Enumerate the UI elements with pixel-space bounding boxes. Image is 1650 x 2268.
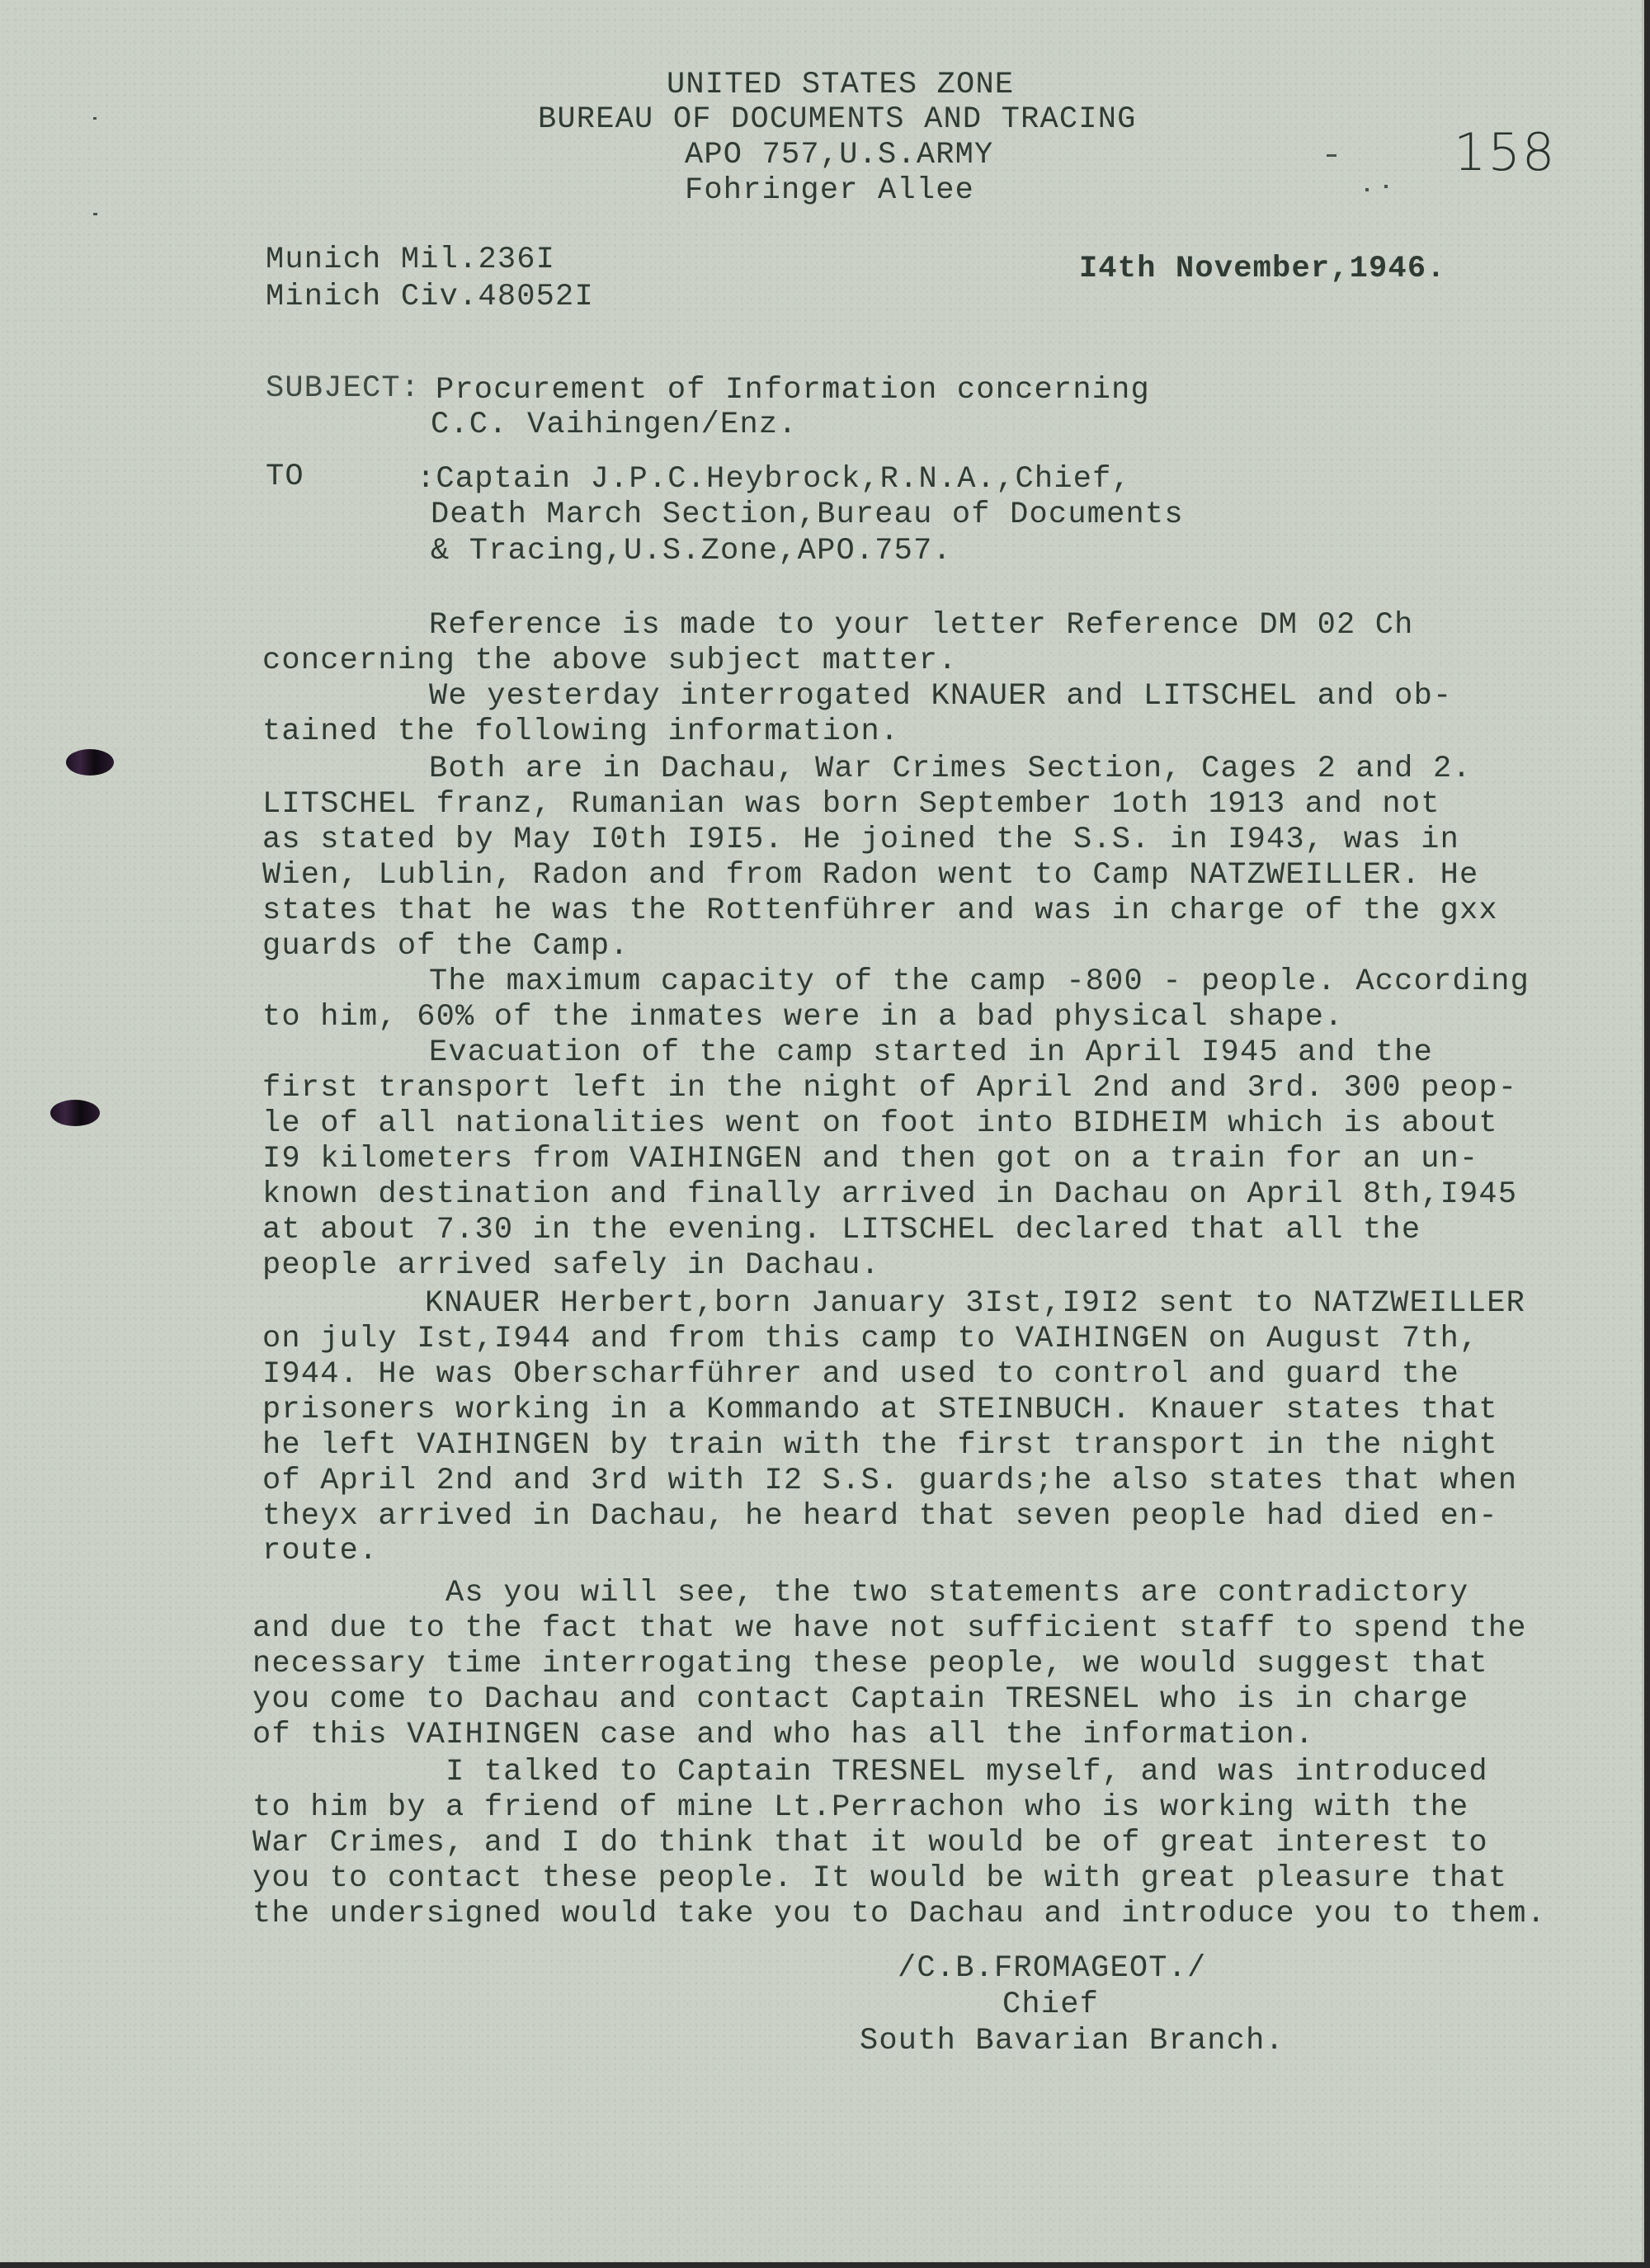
body-line: on july Ist,I944 and from this camp to V… [262,1324,1478,1355]
body-line: le of all nationalities went on foot int… [262,1109,1498,1139]
body-line: people arrived safely in Dachau. [262,1251,880,1281]
body-line: first transport left in the night of Apr… [262,1073,1517,1104]
to-line-3: & Tracing,U.S.Zone,APO.757. [431,536,952,567]
body-line: concerning the above subject matter. [262,646,958,677]
body-line: We yesterday interrogated KNAUER and LIT… [429,681,1452,712]
document-page: UNITED STATES ZONE BUREAU OF DOCUMENTS A… [0,0,1644,2262]
signatory-name: /C.B.FROMAGEOT./ [898,1954,1206,1984]
page-number: 158 [1454,122,1556,182]
body-line: tained the following information. [262,717,899,747]
body-line: I talked to Captain TRESNEL myself, and … [445,1757,1488,1788]
body-line: prisoners working in a Kommando at STEIN… [262,1395,1498,1426]
reference-military: Munich Mil.236I [266,245,555,276]
margin-mark [93,213,97,215]
body-line: I944. He was Oberscharführer and used to… [262,1360,1459,1390]
dash-mark [1327,154,1336,157]
dot-mark [1365,188,1369,191]
letterhead-bureau: BUREAU OF DOCUMENTS AND TRACING [538,105,1137,135]
margin-mark [93,117,97,120]
body-line: the undersigned would take you to Dachau… [252,1899,1546,1930]
body-line: as stated by May I0th I9I5. He joined th… [262,825,1459,856]
subject-line-2: C.C. Vaihingen/Enz. [431,410,798,441]
body-line: Wien, Lublin, Radon and from Radon went … [262,861,1478,891]
signatory-branch: South Bavarian Branch. [860,2026,1285,2057]
body-line: Reference is made to your letter Referen… [429,611,1414,641]
punch-hole-bottom [50,1100,100,1126]
body-line: Both are in Dachau, War Crimes Section, … [429,754,1472,785]
to-line-1: :Captain J.P.C.Heybrock,R.N.A.,Chief, [417,464,1131,495]
signatory-title: Chief [1002,1990,1099,2020]
body-line: to him, 60% of the inmates were in a bad… [262,1002,1344,1033]
letterhead-address: Fohringer Allee [685,176,974,206]
body-line: I9 kilometers from VAIHINGEN and then go… [262,1144,1478,1175]
body-line: route. [262,1536,378,1567]
body-line: at about 7.30 in the evening. LITSCHEL d… [262,1215,1421,1246]
body-line: necessary time interrogating these peopl… [252,1649,1488,1680]
body-line: As you will see, the two statements are … [445,1578,1468,1609]
subject-label: SUBJECT: [266,374,420,404]
to-label: TO [266,462,304,493]
body-line: The maximum capacity of the camp -800 - … [429,967,1530,997]
body-line: of April 2nd and 3rd with I2 S.S. guards… [262,1466,1517,1497]
body-line: and due to the fact that we have not suf… [252,1614,1527,1644]
letter-date: I4th November,1946. [1079,254,1446,285]
body-line: you to contact these people. It would be… [252,1864,1507,1894]
body-line: guards of the Camp. [262,931,629,962]
body-line: to him by a friend of mine Lt.Perrachon … [252,1793,1468,1823]
letterhead-zone: UNITED STATES ZONE [667,70,1014,101]
body-line: KNAUER Herbert,born January 3Ist,I9I2 se… [425,1289,1525,1319]
body-line: LITSCHEL franz, Rumanian was born Septem… [262,790,1440,820]
letterhead-apo: APO 757,U.S.ARMY [685,140,993,171]
to-line-2: Death March Section,Bureau of Documents [431,500,1184,530]
body-line: you come to Dachau and contact Captain T… [252,1685,1468,1715]
punch-hole-top [66,749,114,776]
body-line: Evacuation of the camp started in April … [429,1038,1433,1068]
reference-civil: Minich Civ.48052I [266,282,594,313]
body-line: known destination and finally arrived in… [262,1180,1517,1210]
body-line: theyx arrived in Dachau, he heard that s… [262,1502,1498,1532]
body-line: War Crimes, and I do think that it would… [252,1828,1488,1859]
dot-mark [1384,185,1388,188]
body-line: of this VAIHINGEN case and who has all t… [252,1720,1314,1751]
body-line: states that he was the Rottenführer and … [262,896,1498,927]
body-line: he left VAIHINGEN by train with the firs… [262,1431,1498,1461]
subject-line-1: Procurement of Information concerning [436,375,1150,406]
